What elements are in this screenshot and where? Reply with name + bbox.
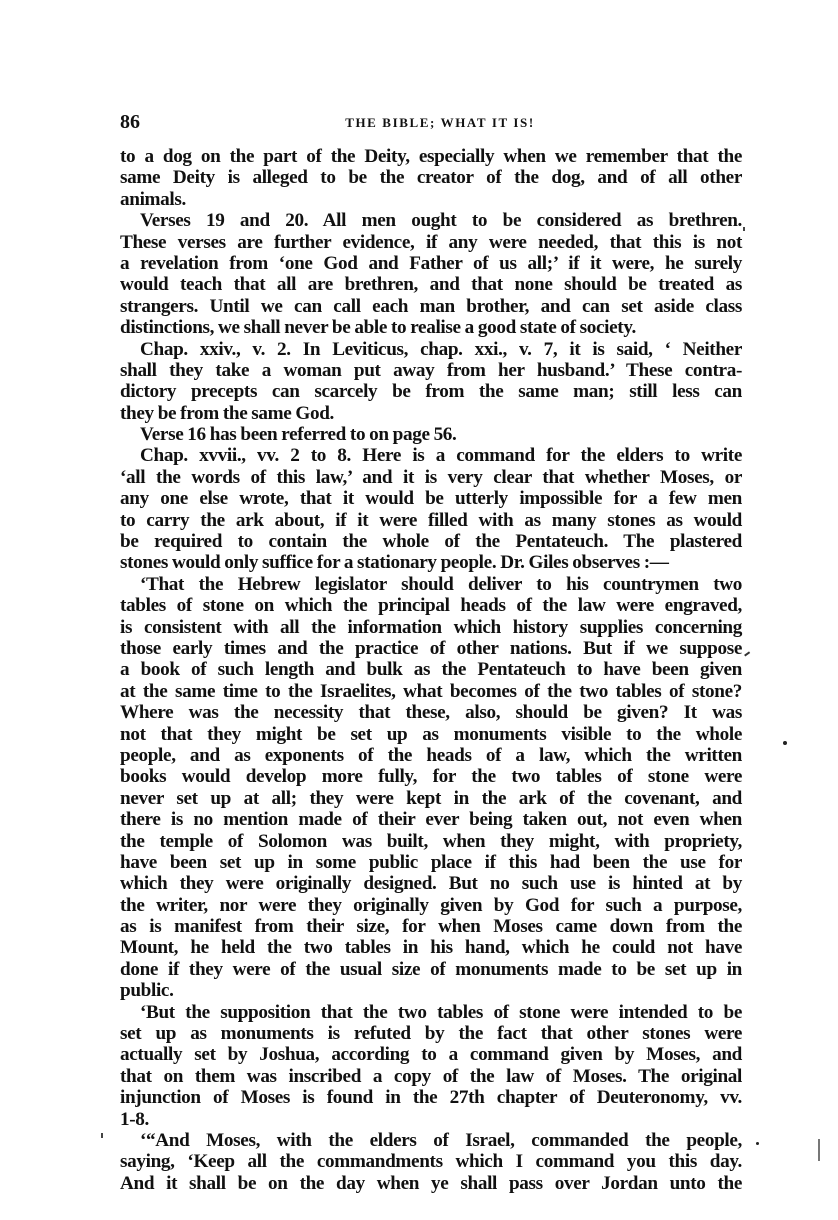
text-line: a revelation from ‘one God and Father of… <box>120 253 742 274</box>
text-line: ‘But the supposition that the two tables… <box>120 1002 742 1023</box>
text-line: the temple of Solomon was built, when th… <box>120 831 742 852</box>
text-line: ‘“And Moses, with the elders of Israel, … <box>120 1130 742 1151</box>
text-line: Verses 19 and 20. All men ought to be co… <box>120 210 742 231</box>
text-line: as is manifest from their size, for when… <box>120 916 742 937</box>
text-line: those early times and the practice of ot… <box>120 638 742 659</box>
text-line: actually set by Joshua, according to a c… <box>120 1044 742 1065</box>
text-line: to a dog on the part of the Deity, espec… <box>120 146 742 167</box>
text-line: saying, ‘Keep all the commandments which… <box>120 1151 742 1172</box>
text-line: And it shall be on the day when ye shall… <box>120 1173 742 1194</box>
text-line: Verse 16 has been referred to on page 56… <box>120 424 742 445</box>
text-line: at the same time to the Israelites, what… <box>120 681 742 702</box>
text-line: shall they take a woman put away from he… <box>120 360 742 381</box>
text-line: that on them was inscribed a copy of the… <box>120 1066 742 1087</box>
text-line: people, and as exponents of the heads of… <box>120 745 742 766</box>
text-line: These verses are further evidence, if an… <box>120 232 742 253</box>
text-line: dictory precepts can scarcely be from th… <box>120 381 742 402</box>
text-line: strangers. Until we can call each man br… <box>120 296 742 317</box>
text-line: done if they were of the usual size of m… <box>120 959 742 980</box>
text-line: set up as monuments is refuted by the fa… <box>120 1023 742 1044</box>
scan-tick-mark <box>101 1133 103 1138</box>
text-line: Chap. xxiv., v. 2. In Leviticus, chap. x… <box>120 339 742 360</box>
scan-tick-mark <box>743 227 745 231</box>
text-line: injunction of Moses is found in the 27th… <box>120 1087 742 1108</box>
text-line: distinctions, we shall never be able to … <box>120 317 742 338</box>
text-line: any one else wrote, that it would be utt… <box>120 488 742 509</box>
text-line: stones would only suffice for a stationa… <box>120 552 742 573</box>
text-line: which they were originally designed. But… <box>120 873 742 894</box>
text-line: 1-8. <box>120 1109 742 1130</box>
text-line: never set up at all; they were kept in t… <box>120 788 742 809</box>
text-line: Mount, he held the two tables in his han… <box>120 937 742 958</box>
text-line: ‘all the words of this law,’ and it is v… <box>120 467 742 488</box>
text-line: is consistent with all the information w… <box>120 617 742 638</box>
scan-stroke-mark <box>744 651 750 656</box>
page-number: 86 <box>120 111 140 133</box>
text-line: a book of such length and bulk as the Pe… <box>120 659 742 680</box>
scan-speck-mark <box>756 1142 759 1145</box>
text-line: same Deity is alleged to be the creator … <box>120 167 742 188</box>
text-line: to carry the ark about, if it were fille… <box>120 510 742 531</box>
body-text: to a dog on the part of the Deity, espec… <box>120 146 742 1194</box>
text-line: public. <box>120 980 742 1001</box>
scanned-book-page: 86 THE BIBLE; WHAT IT IS! to a dog on th… <box>0 0 838 1220</box>
text-line: they be from the same God. <box>120 403 742 424</box>
text-line: ‘That the Hebrew legislator should deliv… <box>120 574 742 595</box>
text-line: have been set up in some public place if… <box>120 852 742 873</box>
text-line: tables of stone on which the principal h… <box>120 595 742 616</box>
text-line: would teach that all are brethren, and t… <box>120 274 742 295</box>
text-line: not that they might be set up as monumen… <box>120 724 742 745</box>
text-line: animals. <box>120 189 742 210</box>
text-line: be required to contain the whole of the … <box>120 531 742 552</box>
scan-vertical-line-mark <box>818 1139 820 1161</box>
text-line: Where was the necessity that these, also… <box>120 702 742 723</box>
text-line: Chap. xvvii., vv. 2 to 8. Here is a comm… <box>120 445 742 466</box>
text-line: there is no mention made of their ever b… <box>120 809 742 830</box>
text-line: books would develop more fully, for the … <box>120 766 742 787</box>
text-line: the writer, nor were they originally giv… <box>120 895 742 916</box>
running-title: THE BIBLE; WHAT IT IS! <box>300 113 580 133</box>
scan-speck-mark <box>783 741 787 745</box>
